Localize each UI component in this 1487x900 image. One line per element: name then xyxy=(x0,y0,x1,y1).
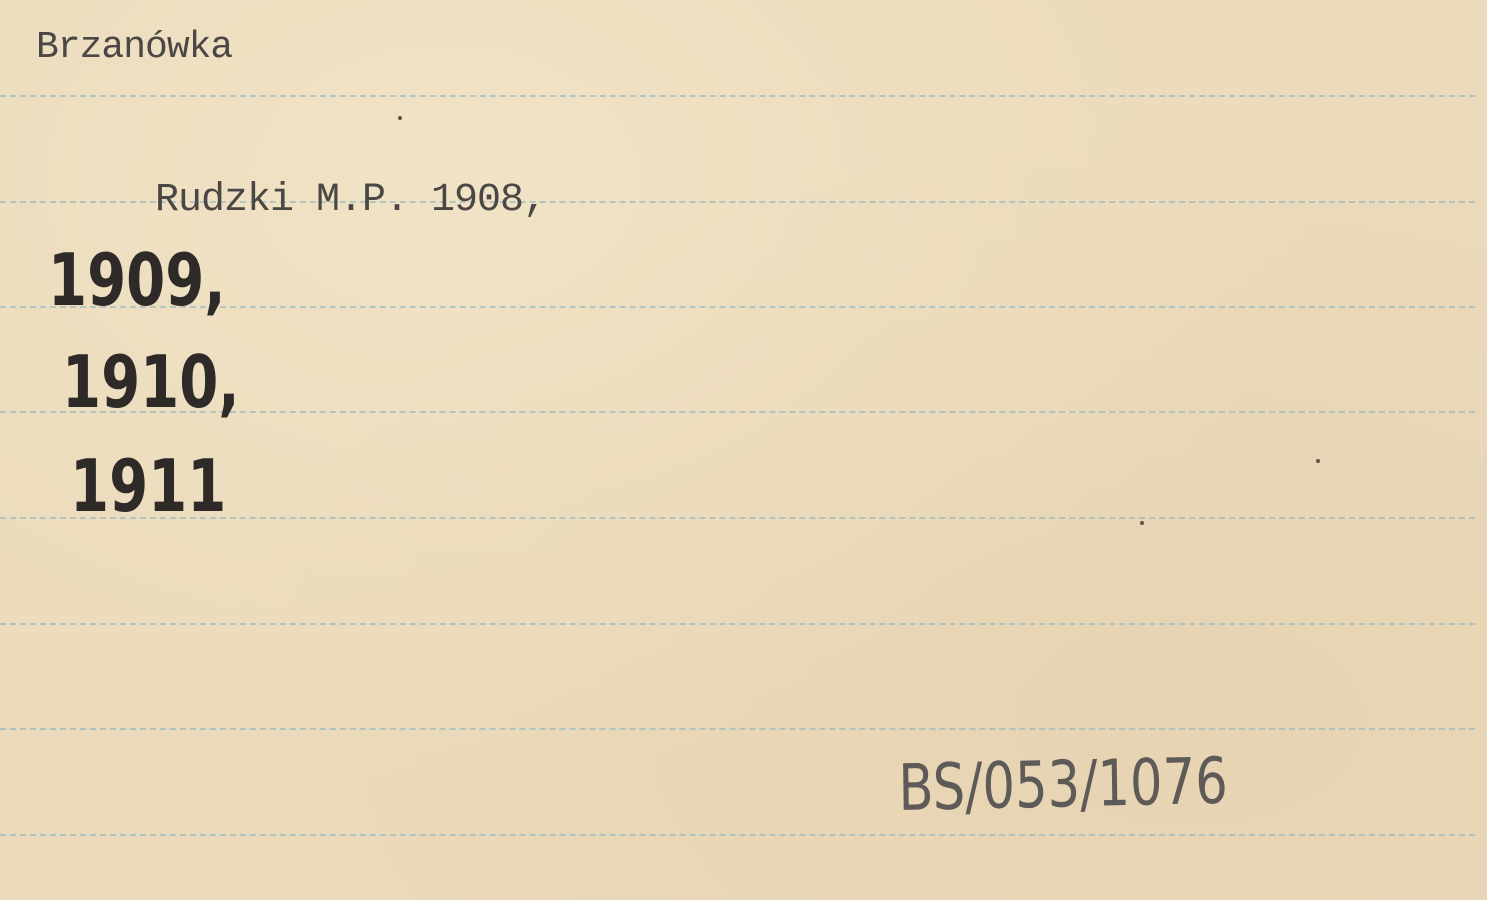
card-heading: Brzanówka xyxy=(36,26,232,69)
ruled-line xyxy=(0,623,1475,625)
speck xyxy=(398,116,402,120)
ruled-line xyxy=(0,834,1475,836)
index-card: Brzanówka Rudzki M.P. 1908, 1909, 1910, … xyxy=(0,0,1487,900)
handwritten-year: 1911 xyxy=(70,444,226,528)
ruled-line xyxy=(0,728,1475,730)
catalog-number: BS/053/1076 xyxy=(898,745,1228,826)
handwritten-year: 1910, xyxy=(62,340,240,424)
reference-line: Rudzki M.P. 1908, xyxy=(155,178,546,223)
handwritten-year: 1909, xyxy=(48,238,226,322)
speck xyxy=(1140,521,1144,525)
ruled-line xyxy=(0,95,1475,97)
speck xyxy=(1316,459,1320,463)
